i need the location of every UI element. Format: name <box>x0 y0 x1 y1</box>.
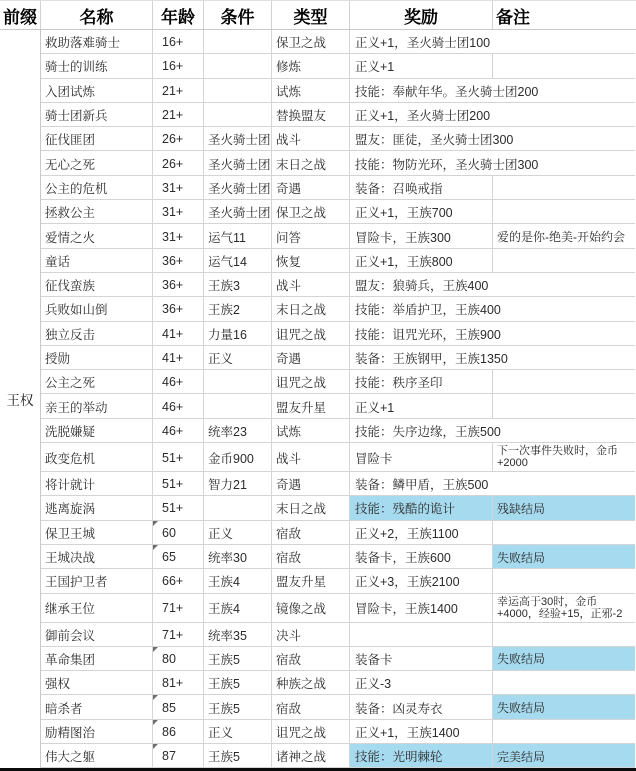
cell-age[interactable]: 26+ <box>153 151 204 175</box>
cell-type[interactable]: 保卫之战 <box>272 200 350 224</box>
cell-condition[interactable]: 运气11 <box>204 224 272 248</box>
cell-age[interactable]: 31+ <box>153 224 204 248</box>
cell-reward[interactable]: 正义-3 <box>350 671 493 695</box>
cell-condition[interactable] <box>204 496 272 520</box>
cell-note[interactable] <box>493 249 635 273</box>
cell-age[interactable]: 51+ <box>153 472 204 496</box>
cell-type[interactable]: 种族之战 <box>272 671 350 695</box>
cell-condition[interactable] <box>204 54 272 78</box>
cell-condition[interactable]: 统率35 <box>204 623 272 647</box>
cell-type[interactable]: 决斗 <box>272 623 350 647</box>
cell-note[interactable] <box>493 394 635 418</box>
cell-type[interactable]: 试炼 <box>272 79 350 103</box>
cell-condition[interactable]: 金币900 <box>204 443 272 472</box>
cell-note[interactable] <box>493 103 635 127</box>
cell-type[interactable]: 宿敌 <box>272 695 350 719</box>
cell-reward[interactable]: 技能：物防光环，圣火骑士团300 <box>350 151 493 175</box>
cell-age[interactable]: 66+ <box>153 569 204 593</box>
cell-condition[interactable]: 统率30 <box>204 545 272 569</box>
cell-reward[interactable]: 正义+1，圣火骑士团100 <box>350 30 493 54</box>
cell-note[interactable] <box>493 623 635 647</box>
cell-note[interactable]: 失败结局 <box>493 545 635 569</box>
cell-name[interactable]: 征伐匪团 <box>41 127 153 151</box>
spreadsheet-table: 前缀 名称 年龄 条件 类型 奖励 备注 王权 救助落难骑士 16+ 保卫之战 … <box>0 0 636 771</box>
cell-type[interactable]: 宿敌 <box>272 545 350 569</box>
table-row: 将计就计 51+ 智力21 奇遇 装备：鳞甲盾，王族500 <box>41 472 636 496</box>
cell-name[interactable]: 王城决战 <box>41 545 153 569</box>
cell-age[interactable]: 71+ <box>153 623 204 647</box>
table-row: 童话 36+ 运气14 恢复 正义+1，王族800 <box>41 249 636 273</box>
cell-condition[interactable] <box>204 394 272 418</box>
cell-condition[interactable] <box>204 103 272 127</box>
cell-reward[interactable]: 冒险卡，王族1400 <box>350 594 493 623</box>
cell-type[interactable]: 盟友升星 <box>272 569 350 593</box>
table-row: 授勋 41+ 正义 奇遇 装备：王族钢甲，王族1350 <box>41 346 636 370</box>
table-row: 励精图治 86 正义 诅咒之战 正义+1，王族1400 <box>41 720 636 744</box>
cell-reward[interactable]: 盟友：匪徒，圣火骑士团300 <box>350 127 493 151</box>
cell-note[interactable]: 下一次事件失败时，金币+2000 <box>493 443 635 472</box>
cell-condition[interactable]: 圣火骑士团 <box>204 127 272 151</box>
table-row: 爱情之火 31+ 运气11 问答 冒险卡，王族300 爱的是你-绝美-开始约会 <box>41 224 636 248</box>
column-header-prefix[interactable]: 前缀 <box>0 1 41 29</box>
cell-condition[interactable]: 圣火骑士团 <box>204 151 272 175</box>
cell-name[interactable]: 征伐蛮族 <box>41 273 153 297</box>
table-row: 独立反击 41+ 力量16 诅咒之战 技能：诅咒光环，王族900 <box>41 322 636 346</box>
cell-note[interactable] <box>493 720 635 744</box>
header-row: 前缀 名称 年龄 条件 类型 奖励 备注 <box>0 0 636 30</box>
cell-name[interactable]: 御前会议 <box>41 623 153 647</box>
cell-age[interactable]: 81+ <box>153 671 204 695</box>
cell-note[interactable]: 失败结局 <box>493 647 635 671</box>
cell-type[interactable]: 宿敌 <box>272 521 350 545</box>
cell-condition[interactable]: 力量16 <box>204 322 272 346</box>
table-row: 骑士团新兵 21+ 替换盟友 正义+1，圣火骑士团200 <box>41 103 636 127</box>
cell-name[interactable]: 政变危机 <box>41 443 153 472</box>
cell-note[interactable]: 残缺结局 <box>493 496 635 520</box>
cell-name[interactable]: 逃离旋涡 <box>41 496 153 520</box>
cell-type[interactable]: 末日之战 <box>272 496 350 520</box>
cell-name[interactable]: 无心之死 <box>41 151 153 175</box>
cell-type[interactable]: 奇遇 <box>272 176 350 200</box>
cell-corner-marker-icon <box>153 521 158 526</box>
cell-condition[interactable]: 圣火骑士团 <box>204 200 272 224</box>
cell-condition[interactable] <box>204 30 272 54</box>
cell-condition[interactable] <box>204 370 272 394</box>
cell-age[interactable]: 21+ <box>153 79 204 103</box>
cell-age[interactable]: 26+ <box>153 127 204 151</box>
table-row: 继承王位 71+ 王族4 镜像之战 冒险卡，王族1400 幸运高于30时，金币+… <box>41 594 636 623</box>
cell-name[interactable]: 兵败如山倒 <box>41 297 153 321</box>
cell-reward[interactable]: 正义+1 <box>350 394 493 418</box>
table-row: 御前会议 71+ 统率35 决斗 <box>41 623 636 647</box>
cell-type[interactable]: 替换盟友 <box>272 103 350 127</box>
cell-name[interactable]: 公主的危机 <box>41 176 153 200</box>
cell-name[interactable]: 继承王位 <box>41 594 153 623</box>
table-row: 无心之死 26+ 圣火骑士团 末日之战 技能：物防光环，圣火骑士团300 <box>41 151 636 175</box>
cell-age[interactable]: 36+ <box>153 273 204 297</box>
table-row: 亲王的举动 46+ 盟友升星 正义+1 <box>41 394 636 418</box>
cell-condition[interactable]: 王族5 <box>204 671 272 695</box>
table-row: 逃离旋涡 51+ 末日之战 技能：残酷的诡计 残缺结局 <box>41 496 636 520</box>
cell-reward[interactable]: 技能：秩序圣印 <box>350 370 493 394</box>
cell-name[interactable]: 骑士团新兵 <box>41 103 153 127</box>
cell-reward[interactable]: 技能：失序边缘，王族500 <box>350 419 493 443</box>
cell-name[interactable]: 暗杀者 <box>41 695 153 719</box>
cell-note[interactable] <box>493 200 635 224</box>
table-row: 暗杀者 85 王族5 宿敌 装备：凶灵寿衣 失败结局 <box>41 695 636 719</box>
cell-note[interactable] <box>493 472 635 496</box>
cell-type[interactable]: 镜像之战 <box>272 594 350 623</box>
cell-reward[interactable]: 装备卡 <box>350 647 493 671</box>
cell-age[interactable]: 16+ <box>153 30 204 54</box>
cell-condition[interactable]: 王族4 <box>204 594 272 623</box>
table-row: 保卫王城 60 正义 宿敌 正义+2，王族1100 <box>41 521 636 545</box>
column-header-age[interactable]: 年龄 <box>153 1 204 29</box>
cell-type[interactable]: 盟友升星 <box>272 394 350 418</box>
cell-name[interactable]: 王国护卫者 <box>41 569 153 593</box>
cell-age[interactable]: 86 <box>153 720 204 744</box>
cell-note[interactable] <box>493 30 635 54</box>
cell-name[interactable]: 亲王的举动 <box>41 394 153 418</box>
cell-reward[interactable]: 冒险卡 <box>350 443 493 472</box>
cell-name[interactable]: 独立反击 <box>41 322 153 346</box>
cell-age[interactable]: 65 <box>153 545 204 569</box>
table-row: 救助落难骑士 16+ 保卫之战 正义+1，圣火骑士团100 <box>41 30 636 54</box>
cell-age[interactable]: 31+ <box>153 200 204 224</box>
cell-reward[interactable]: 技能：诅咒光环，王族900 <box>350 322 493 346</box>
cell-type[interactable]: 战斗 <box>272 127 350 151</box>
column-header-note[interactable]: 备注 <box>493 1 635 29</box>
cell-reward[interactable]: 技能：举盾护卫，王族400 <box>350 297 493 321</box>
cell-reward[interactable]: 技能：奉献年华。圣火骑士团200 <box>350 79 493 103</box>
cell-note[interactable] <box>493 297 635 321</box>
cell-condition[interactable]: 王族3 <box>204 273 272 297</box>
cell-age[interactable]: 46+ <box>153 394 204 418</box>
cell-age[interactable]: 71+ <box>153 594 204 623</box>
table-row: 王国护卫者 66+ 王族4 盟友升星 正义+3，王族2100 <box>41 569 636 593</box>
cell-type[interactable]: 末日之战 <box>272 297 350 321</box>
cell-type[interactable]: 试炼 <box>272 419 350 443</box>
cell-name[interactable]: 童话 <box>41 249 153 273</box>
cell-age[interactable]: 36+ <box>153 249 204 273</box>
column-header-type[interactable]: 类型 <box>272 1 350 29</box>
cell-condition[interactable]: 王族4 <box>204 569 272 593</box>
cell-name[interactable]: 拯救公主 <box>41 200 153 224</box>
cell-age[interactable]: 41+ <box>153 322 204 346</box>
column-header-reward[interactable]: 奖励 <box>350 1 493 29</box>
table-row: 王城决战 65 统率30 宿敌 装备卡，王族600 失败结局 <box>41 545 636 569</box>
cell-corner-marker-icon <box>153 695 158 700</box>
table-row: 公主的危机 31+ 圣火骑士团 奇遇 装备：召唤戒指 <box>41 176 636 200</box>
cell-type[interactable]: 末日之战 <box>272 151 350 175</box>
cell-reward[interactable]: 正义+2，王族1100 <box>350 521 493 545</box>
cell-name[interactable]: 洗脱嫌疑 <box>41 419 153 443</box>
cell-corner-marker-icon <box>153 744 158 749</box>
cell-note[interactable] <box>493 322 635 346</box>
cell-type[interactable]: 修炼 <box>272 54 350 78</box>
cell-type[interactable]: 诅咒之战 <box>272 720 350 744</box>
cell-condition[interactable]: 正义 <box>204 346 272 370</box>
cell-type[interactable]: 诅咒之战 <box>272 322 350 346</box>
cell-name[interactable]: 骑士的训练 <box>41 54 153 78</box>
table-row: 征伐匪团 26+ 圣火骑士团 战斗 盟友：匪徒，圣火骑士团300 <box>41 127 636 151</box>
cell-type[interactable]: 问答 <box>272 224 350 248</box>
cell-name[interactable]: 将计就计 <box>41 472 153 496</box>
table-row: 兵败如山倒 36+ 王族2 末日之战 技能：举盾护卫，王族400 <box>41 297 636 321</box>
cell-age[interactable]: 80 <box>153 647 204 671</box>
cell-corner-marker-icon <box>153 720 158 725</box>
cell-note[interactable] <box>493 419 635 443</box>
cell-age[interactable]: 60 <box>153 521 204 545</box>
cell-type[interactable]: 恢复 <box>272 249 350 273</box>
cell-reward[interactable]: 正义+1，圣火骑士团200 <box>350 103 493 127</box>
cell-note[interactable] <box>493 127 635 151</box>
table-row: 拯救公主 31+ 圣火骑士团 保卫之战 正义+1，王族700 <box>41 200 636 224</box>
cell-condition[interactable] <box>204 79 272 103</box>
cell-name[interactable]: 强权 <box>41 671 153 695</box>
cell-reward[interactable]: 装备：凶灵寿衣 <box>350 695 493 719</box>
cell-condition[interactable]: 智力21 <box>204 472 272 496</box>
cell-type[interactable]: 诅咒之战 <box>272 370 350 394</box>
table-row: 洗脱嫌疑 46+ 统率23 试炼 技能：失序边缘，王族500 <box>41 419 636 443</box>
cell-reward[interactable]: 正义+1，王族700 <box>350 200 493 224</box>
cell-name[interactable]: 授勋 <box>41 346 153 370</box>
cell-age[interactable]: 41+ <box>153 346 204 370</box>
cell-type[interactable]: 保卫之战 <box>272 30 350 54</box>
cell-note[interactable] <box>493 273 635 297</box>
cell-age[interactable]: 31+ <box>153 176 204 200</box>
cell-reward[interactable]: 装备：鳞甲盾，王族500 <box>350 472 493 496</box>
cell-name[interactable]: 革命集团 <box>41 647 153 671</box>
cell-condition[interactable]: 王族2 <box>204 297 272 321</box>
cell-condition[interactable]: 王族5 <box>204 695 272 719</box>
column-header-condition[interactable]: 条件 <box>204 1 272 29</box>
cell-age[interactable]: 46+ <box>153 419 204 443</box>
cell-reward[interactable]: 技能：残酷的诡计 <box>350 496 493 520</box>
cell-condition[interactable]: 统率23 <box>204 419 272 443</box>
table-row: 入团试炼 21+ 试炼 技能：奉献年华。圣火骑士团200 <box>41 79 636 103</box>
table-row: 强权 81+ 王族5 种族之战 正义-3 <box>41 671 636 695</box>
cell-note[interactable]: 爱的是你-绝美-开始约会 <box>493 224 635 248</box>
cell-corner-marker-icon <box>153 545 158 550</box>
cell-reward[interactable]: 装备：王族钢甲，王族1350 <box>350 346 493 370</box>
cell-reward[interactable]: 装备：召唤戒指 <box>350 176 493 200</box>
cell-note[interactable]: 失败结局 <box>493 695 635 719</box>
cell-condition[interactable]: 圣火骑士团 <box>204 176 272 200</box>
cell-name[interactable]: 保卫王城 <box>41 521 153 545</box>
cell-note[interactable] <box>493 346 635 370</box>
prefix-merged-cell[interactable]: 王权 <box>0 30 41 768</box>
cell-corner-marker-icon <box>153 647 158 652</box>
cell-condition[interactable]: 正义 <box>204 720 272 744</box>
cell-type[interactable]: 奇遇 <box>272 472 350 496</box>
cell-name[interactable]: 公主之死 <box>41 370 153 394</box>
cell-condition[interactable]: 运气14 <box>204 249 272 273</box>
column-header-name[interactable]: 名称 <box>41 1 153 29</box>
cell-age[interactable]: 21+ <box>153 103 204 127</box>
cell-age[interactable]: 51+ <box>153 496 204 520</box>
cell-type[interactable]: 宿敌 <box>272 647 350 671</box>
cell-reward[interactable]: 正义+1，王族800 <box>350 249 493 273</box>
cell-age[interactable]: 51+ <box>153 443 204 472</box>
cell-condition[interactable]: 正义 <box>204 521 272 545</box>
table-row: 政变危机 51+ 金币900 战斗 冒险卡 下一次事件失败时，金币+2000 <box>41 443 636 472</box>
cell-condition[interactable]: 王族5 <box>204 647 272 671</box>
cell-note[interactable]: 幸运高于30时，金币+4000，经验+15，正邪-2 <box>493 594 635 623</box>
cell-age[interactable]: 46+ <box>153 370 204 394</box>
cell-reward[interactable] <box>350 623 493 647</box>
cell-note[interactable] <box>493 176 635 200</box>
cell-type[interactable]: 战斗 <box>272 443 350 472</box>
cell-age[interactable]: 16+ <box>153 54 204 78</box>
cell-note[interactable] <box>493 370 635 394</box>
cell-age[interactable]: 85 <box>153 695 204 719</box>
table-row: 公主之死 46+ 诅咒之战 技能：秩序圣印 <box>41 370 636 394</box>
cell-reward[interactable]: 装备卡，王族600 <box>350 545 493 569</box>
table-row: 骑士的训练 16+ 修炼 正义+1 <box>41 54 636 78</box>
cell-reward[interactable]: 正义+1，王族1400 <box>350 720 493 744</box>
cell-type[interactable]: 奇遇 <box>272 346 350 370</box>
cell-note[interactable] <box>493 569 635 593</box>
table-body-rows: 救助落难骑士 16+ 保卫之战 正义+1，圣火骑士团100 骑士的训练 16+ … <box>41 30 636 768</box>
cell-reward[interactable]: 盟友：狼骑兵，王族400 <box>350 273 493 297</box>
table-row: 征伐蛮族 36+ 王族3 战斗 盟友：狼骑兵，王族400 <box>41 273 636 297</box>
cell-name[interactable]: 救助落难骑士 <box>41 30 153 54</box>
cell-reward[interactable]: 正义+1 <box>350 54 493 78</box>
cell-reward[interactable]: 冒险卡，王族300 <box>350 224 493 248</box>
cell-age[interactable]: 36+ <box>153 297 204 321</box>
cell-note[interactable] <box>493 671 635 695</box>
cell-note[interactable] <box>493 54 635 78</box>
table-row: 革命集团 80 王族5 宿敌 装备卡 失败结局 <box>41 647 636 671</box>
cell-type[interactable]: 战斗 <box>272 273 350 297</box>
cell-name[interactable]: 入团试炼 <box>41 79 153 103</box>
cell-note[interactable] <box>493 521 635 545</box>
cell-name[interactable]: 励精图治 <box>41 720 153 744</box>
cell-reward[interactable]: 正义+3，王族2100 <box>350 569 493 593</box>
cell-name[interactable]: 爱情之火 <box>41 224 153 248</box>
